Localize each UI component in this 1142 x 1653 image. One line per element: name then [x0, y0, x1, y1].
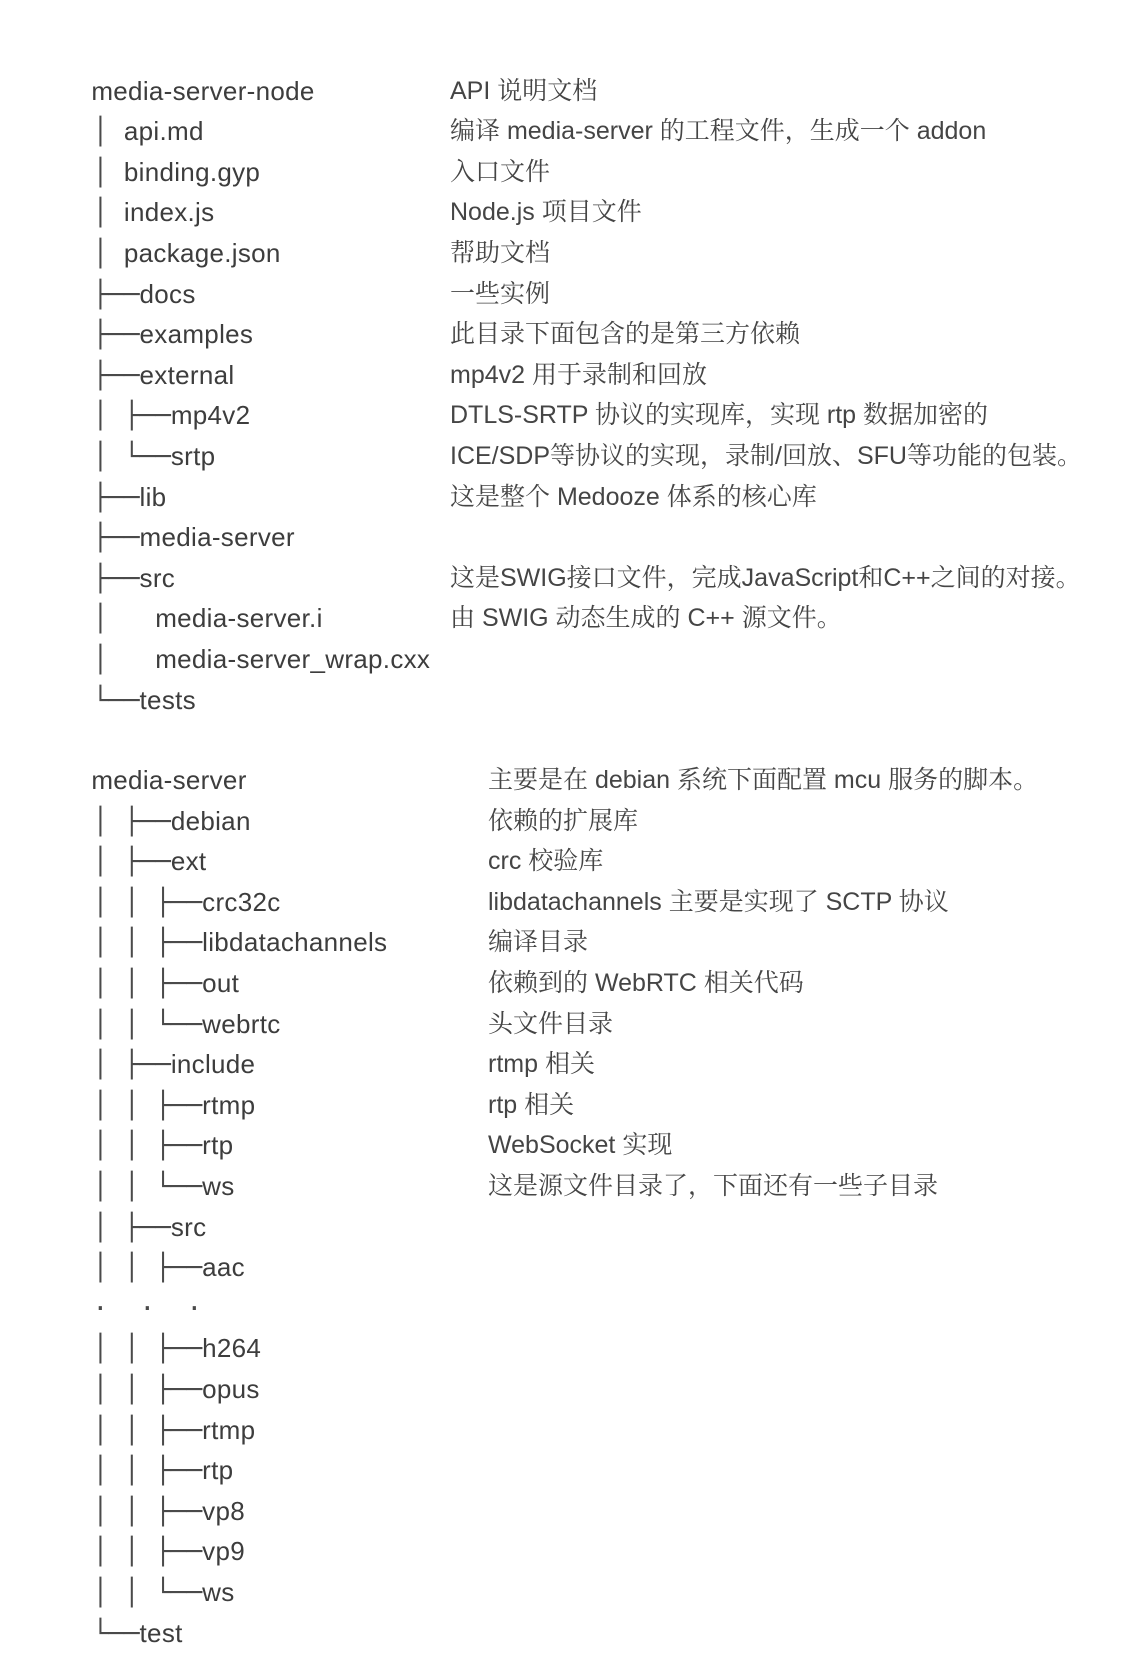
tree-row: │ ├──debian 主要是在 debian 系统下面配置 mcu 服务的脚本…	[48, 760, 1142, 801]
tree-branch-glyphs: └──	[77, 686, 140, 716]
tree-row: │ │ └──ws	[48, 1531, 1142, 1572]
tree-media-server: media-server │ ├──debian 主要是在 debian 系统下…	[48, 720, 1142, 1613]
tree-row: ├──media-server 这是整个 Medooze 体系的核心库	[48, 477, 1142, 518]
file-description: 依赖的扩展库	[488, 801, 638, 842]
tree-root-row: media-server-node	[48, 30, 1142, 71]
tree-row: │ │ ├──vp9	[48, 1491, 1142, 1532]
file-description: 一些实例	[450, 274, 550, 315]
tree-media-server-node: media-server-node │ api.md API 说明文档 │ bi…	[48, 30, 1142, 680]
tree-row: ├──src	[48, 517, 1142, 558]
tree-row: ├──docs 帮助文档	[48, 233, 1142, 274]
file-description: Node.js 项目文件	[450, 192, 642, 233]
file-name: test	[140, 1618, 183, 1648]
tree-row: │ │ └──ws WebSocket 实现	[48, 1125, 1142, 1166]
tree-row: · · ·	[48, 1247, 1142, 1288]
tree-row: │ │ ├──rtp rtp 相关	[48, 1085, 1142, 1126]
tree-row: │ ├──ext 依赖的扩展库	[48, 801, 1142, 842]
file-description: 主要是在 debian 系统下面配置 mcu 服务的脚本。	[488, 760, 1038, 801]
tree-row: │ │ ├──opus	[48, 1328, 1142, 1369]
file-description: DTLS-SRTP 协议的实现库，实现 rtp 数据加密的	[450, 395, 988, 436]
tree-row: │ binding.gyp 编译 media-server 的工程文件，生成一个…	[48, 111, 1142, 152]
file-description: 依赖到的 WebRTC 相关代码	[488, 963, 804, 1004]
file-description: 帮助文档	[450, 233, 550, 274]
tree-row: │ media-server.i 这是SWIG接口文件，完成JavaScript…	[48, 558, 1142, 599]
tree-row: │ │ ├──vp8	[48, 1450, 1142, 1491]
file-description: 由 SWIG 动态生成的 C++ 源文件。	[450, 598, 842, 639]
tree-row: │ ├──src 这是源文件目录了，下面还有一些子目录	[48, 1166, 1142, 1207]
tree-branch-glyphs: └──	[77, 1619, 140, 1649]
file-description: libdatachannels 主要是实现了 SCTP 协议	[488, 882, 949, 923]
file-description: 编译 media-server 的工程文件，生成一个 addon	[450, 111, 986, 152]
file-description: 入口文件	[450, 152, 550, 193]
tree-root-row: media-server	[48, 720, 1142, 761]
file-description: WebSocket 实现	[488, 1125, 672, 1166]
tree-row: │ │ └──webrtc 依赖到的 WebRTC 相关代码	[48, 963, 1142, 1004]
file-description: 此目录下面包含的是第三方依赖	[450, 314, 800, 355]
file-description: crc 校验库	[488, 841, 603, 882]
tree-row: │ │ ├──rtmp rtmp 相关	[48, 1044, 1142, 1085]
tree-rows: │ api.md API 说明文档 │ binding.gyp 编译 media…	[48, 71, 1142, 680]
file-description: mp4v2 用于录制和回放	[450, 355, 707, 396]
file-description: 这是整个 Medooze 体系的核心库	[450, 477, 817, 518]
tree-row: │ ├──mp4v2 mp4v2 用于录制和回放	[48, 355, 1142, 396]
tree-rows: │ ├──debian 主要是在 debian 系统下面配置 mcu 服务的脚本…	[48, 760, 1142, 1612]
tree-row: │ │ ├──out 编译目录	[48, 922, 1142, 963]
tree-row: └──tests	[48, 639, 1142, 680]
tree-row: │ package.json Node.js 项目文件	[48, 192, 1142, 233]
file-description: rtmp 相关	[488, 1044, 595, 1085]
file-description: 头文件目录	[488, 1004, 613, 1045]
tree-row: │ │ ├──rtp	[48, 1410, 1142, 1451]
tree-row: │ │ ├──aac	[48, 1207, 1142, 1248]
file-description: 这是SWIG接口文件，完成JavaScript和C++之间的对接。	[450, 558, 1081, 599]
tree-row: ├──examples 一些实例	[48, 274, 1142, 315]
file-description: rtp 相关	[488, 1085, 574, 1126]
file-description: 编译目录	[488, 922, 588, 963]
tree-row: │ │ ├──rtmp	[48, 1369, 1142, 1410]
tree-row: │ media-server_wrap.cxx 由 SWIG 动态生成的 C++…	[48, 598, 1142, 639]
tree-row: │ index.js 入口文件	[48, 152, 1142, 193]
tree-row: │ api.md API 说明文档	[48, 71, 1142, 112]
file-description: API 说明文档	[450, 71, 597, 112]
tree-row: ├──lib ICE/SDP等协议的实现，录制/回放、SFU等功能的包装。	[48, 436, 1142, 477]
file-description: ICE/SDP等协议的实现，录制/回放、SFU等功能的包装。	[450, 436, 1082, 477]
directory-listing-page: media-server-node │ api.md API 说明文档 │ bi…	[0, 0, 1142, 1613]
tree-row: │ │ ├──libdatachannels libdatachannels 主…	[48, 882, 1142, 923]
file-name: tests	[140, 685, 196, 715]
tree-row: │ │ ├──crc32c crc 校验库	[48, 841, 1142, 882]
tree-row: └──test	[48, 1572, 1142, 1613]
tree-row: ├──external 此目录下面包含的是第三方依赖	[48, 314, 1142, 355]
tree-row: │ │ ├──h264	[48, 1288, 1142, 1329]
tree-row: │ └──srtp DTLS-SRTP 协议的实现库，实现 rtp 数据加密的	[48, 395, 1142, 436]
file-description: 这是源文件目录了，下面还有一些子目录	[488, 1166, 938, 1207]
tree-row: │ ├──include 头文件目录	[48, 1004, 1142, 1045]
